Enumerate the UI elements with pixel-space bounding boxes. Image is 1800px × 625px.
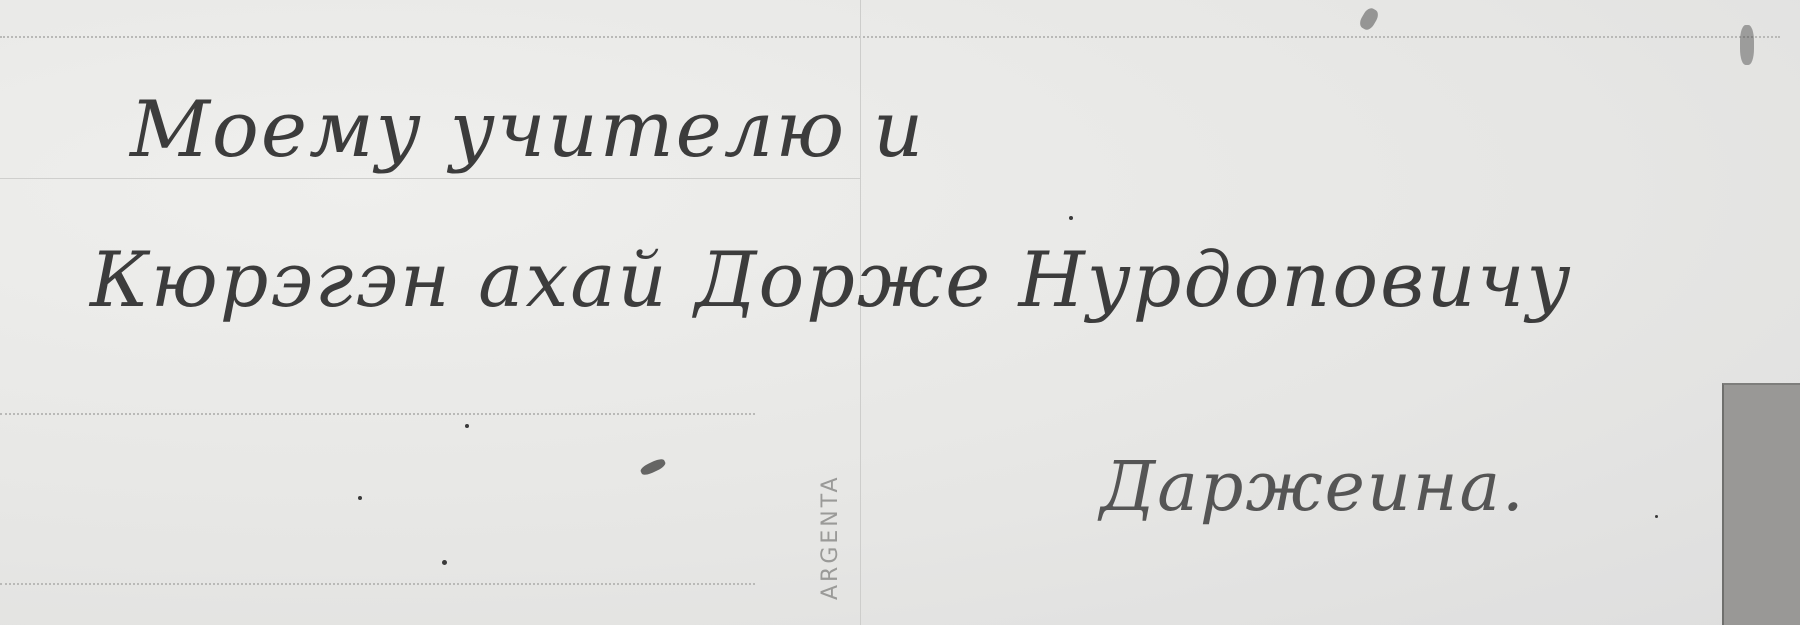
handwritten-line-2: Кюрэгэн ахай Дорже Нурдоповичу xyxy=(90,235,1573,324)
handwritten-line-1: Моему учителю и xyxy=(130,85,925,175)
signature: Даржеина. xyxy=(1100,448,1526,527)
dotted-rule-address-2 xyxy=(0,583,755,585)
speck xyxy=(1069,216,1073,220)
dotted-rule-top xyxy=(0,36,1780,38)
dotted-rule-address-1 xyxy=(0,413,755,415)
ink-smudge xyxy=(1357,6,1380,32)
speck xyxy=(358,496,362,500)
gray-paper-patch xyxy=(1722,383,1800,625)
ink-smudge xyxy=(639,457,667,477)
ink-smudge xyxy=(1740,25,1754,65)
postcard: Моему учителю и Кюрэгэн ахай Дорже Нурдо… xyxy=(0,0,1800,625)
speck xyxy=(1655,515,1658,518)
ruled-line xyxy=(0,178,860,179)
speck xyxy=(465,424,469,428)
speck xyxy=(442,560,447,565)
argenta-stamp: ARGENTA xyxy=(818,474,843,600)
